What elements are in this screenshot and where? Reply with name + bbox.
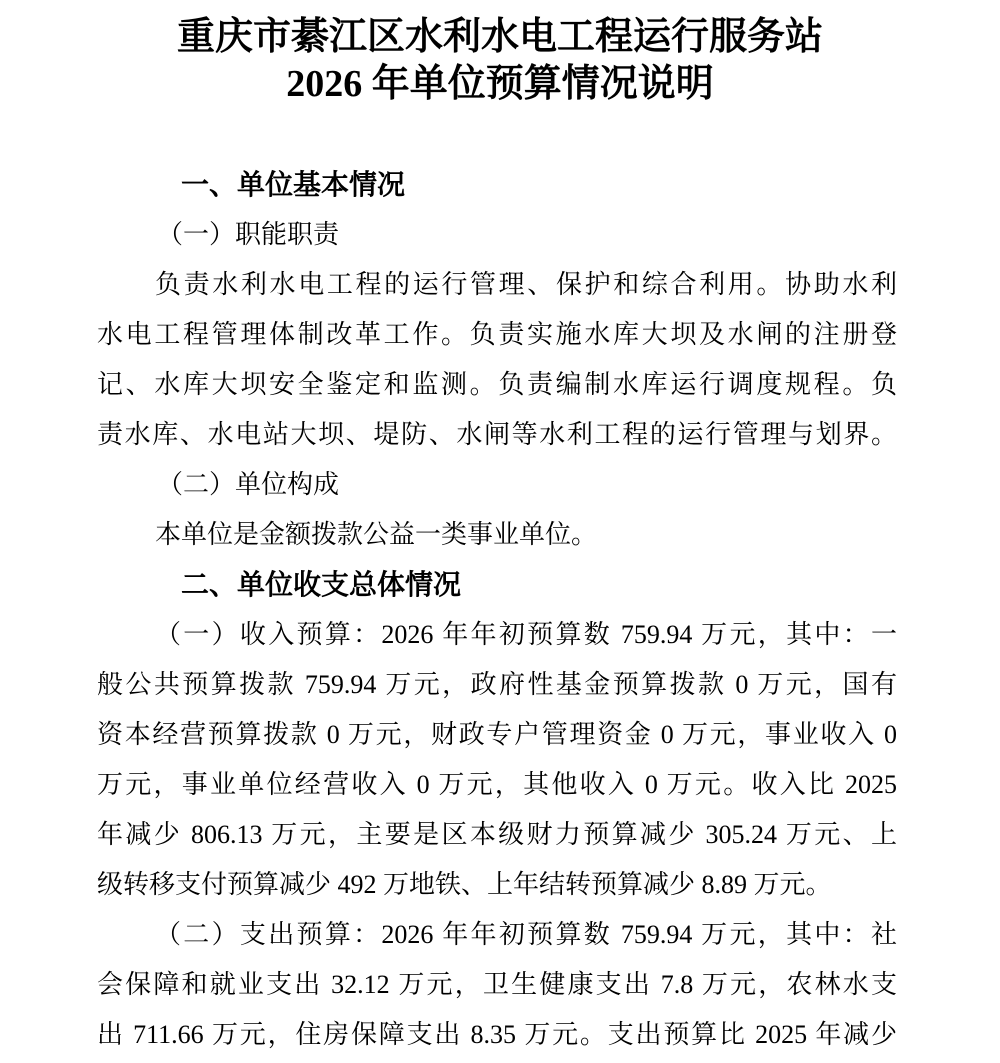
paragraph-duties-line: 负责水利水电工程的运行管理、保护和综合利用。协助水利	[97, 260, 897, 310]
paragraph-duties-line: 责水库、水电站大坝、堤防、水闸等水利工程的运行管理与划界。	[97, 410, 897, 460]
section-heading-basic-info: 一、单位基本情况	[97, 160, 897, 210]
subheading-composition: （二）单位构成	[97, 460, 897, 510]
paragraph-duties-line: 记、水库大坝安全鉴定和监测。负责编制水库运行调度规程。负	[97, 360, 897, 410]
paragraph-income-line: 级转移支付预算减少 492 万地铁、上年结转预算减少 8.89 万元。	[97, 860, 897, 910]
subheading-duties: （一）职能职责	[97, 210, 897, 260]
paragraph-expenditure-line: 会保障和就业支出 32.12 万元，卫生健康支出 7.8 万元，农林水支	[97, 960, 897, 1010]
section-heading-revenue-expenditure: 二、单位收支总体情况	[97, 560, 897, 610]
paragraph-income-line: 万元，事业单位经营收入 0 万元，其他收入 0 万元。收入比 2025	[97, 760, 897, 810]
title-line-2: 2026 年单位预算情况说明	[0, 61, 1000, 108]
paragraph-income-line: （一）收入预算：2026 年年初预算数 759.94 万元，其中：一	[97, 610, 897, 660]
paragraph-composition: 本单位是金额拨款公益一类事业单位。	[97, 510, 897, 560]
paragraph-income-line: 资本经营预算拨款 0 万元，财政专户管理资金 0 万元，事业收入 0	[97, 710, 897, 760]
title-line-1: 重庆市綦江区水利水电工程运行服务站	[0, 14, 1000, 61]
paragraph-income-line: 年减少 806.13 万元，主要是区本级财力预算减少 305.24 万元、上	[97, 810, 897, 860]
document-title: 重庆市綦江区水利水电工程运行服务站 2026 年单位预算情况说明	[0, 0, 1000, 108]
paragraph-expenditure-line: （二）支出预算：2026 年年初预算数 759.94 万元，其中：社	[97, 910, 897, 960]
paragraph-expenditure-line: 出 711.66 万元，住房保障支出 8.35 万元。支出预算比 2025 年减…	[97, 1010, 897, 1060]
paragraph-income-line: 般公共预算拨款 759.94 万元，政府性基金预算拨款 0 万元，国有	[97, 660, 897, 710]
paragraph-duties-line: 水电工程管理体制改革工作。负责实施水库大坝及水闸的注册登	[97, 310, 897, 360]
document-page: 重庆市綦江区水利水电工程运行服务站 2026 年单位预算情况说明 一、单位基本情…	[0, 0, 1000, 1063]
document-body: 一、单位基本情况 （一）职能职责 负责水利水电工程的运行管理、保护和综合利用。协…	[97, 160, 897, 1060]
